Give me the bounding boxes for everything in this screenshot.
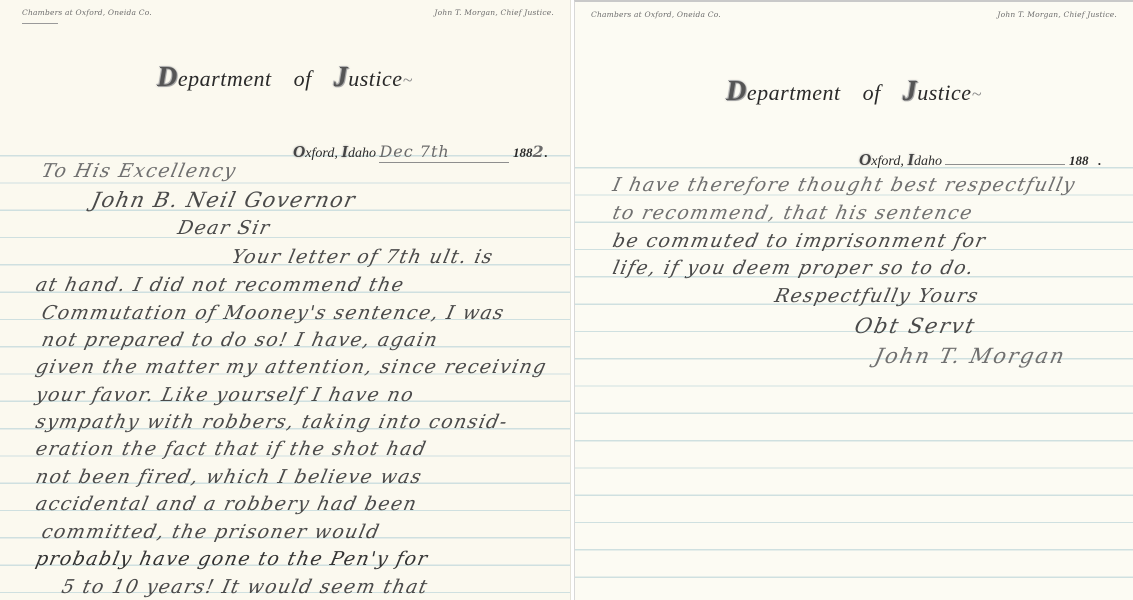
department-of-justice-title: Department of Justice~ — [0, 62, 570, 94]
dear-sir-line: Dear Sir — [176, 217, 273, 239]
ornate-initial-j: J — [334, 62, 349, 94]
body-line: be commuted to imprisonment for — [611, 230, 989, 252]
ornate-initial-j: J — [903, 76, 918, 108]
flourish-icon: ~ — [972, 84, 982, 104]
body-line: not been fired, which I believe was — [34, 466, 425, 488]
header-underline — [22, 23, 58, 24]
body-line: not prepared to do so! I have, again — [40, 329, 441, 351]
body-line: at hand. I did not recommend the — [34, 274, 407, 296]
chief-justice-header: John T. Morgan, Chief Justice. — [997, 10, 1117, 19]
body-line: given the matter my attention, since rec… — [34, 356, 550, 378]
flourish-icon: ~ — [403, 70, 413, 90]
closing-servant-line: Obt Servt — [852, 314, 978, 338]
body-line: I have therefore thought best respectful… — [611, 174, 1078, 196]
year: 188 . — [1069, 153, 1102, 168]
department-of-justice-title: Department of Justice~ — [575, 76, 1133, 108]
body-line: Commutation of Mooney's sentence, I was — [40, 302, 507, 324]
place-date-line: Oxford, Idaho Dec 7th 1882. — [293, 142, 548, 163]
body-line: accidental and a robbery had been — [34, 493, 420, 515]
letter-page-1: Chambers at Oxford, Oneida Co. John T. M… — [0, 0, 571, 600]
salutation-line: To His Excellency — [40, 160, 239, 182]
closing-line: Respectfully Yours — [773, 285, 981, 307]
body-line: your favor. Like yourself I have no — [34, 384, 417, 406]
body-line: life, if you deem proper so to do. — [611, 257, 977, 279]
letter-page-2: Chambers at Oxford, Oneida Co. John T. M… — [574, 0, 1133, 600]
year: 1882. — [513, 145, 548, 160]
ornate-initial-d: D — [726, 76, 747, 108]
body-line: eration the fact that if the shot had — [34, 438, 429, 460]
addressee-line: John B. Neil Governor — [89, 188, 358, 212]
body-line: to recommend, that his sentence — [611, 202, 976, 224]
handwritten-date: Dec 7th — [379, 142, 449, 161]
body-line: 5 to 10 years! It would seem that — [60, 576, 431, 598]
chambers-header: Chambers at Oxford, Oneida Co. — [22, 8, 152, 17]
body-line: Your letter of 7th ult. is — [230, 246, 496, 268]
body-line: sympathy with robbers, taking into consi… — [34, 411, 511, 433]
ornate-initial-d: D — [157, 62, 178, 94]
body-line: committed, the prisoner would — [40, 521, 383, 543]
place-date-line: Oxford, Idaho 188 . — [859, 150, 1101, 170]
chambers-header: Chambers at Oxford, Oneida Co. — [591, 10, 721, 19]
chief-justice-header: John T. Morgan, Chief Justice. — [434, 8, 554, 17]
signature: John T. Morgan — [872, 344, 1068, 368]
body-line: probably have gone to the Pen'y for — [34, 548, 431, 570]
